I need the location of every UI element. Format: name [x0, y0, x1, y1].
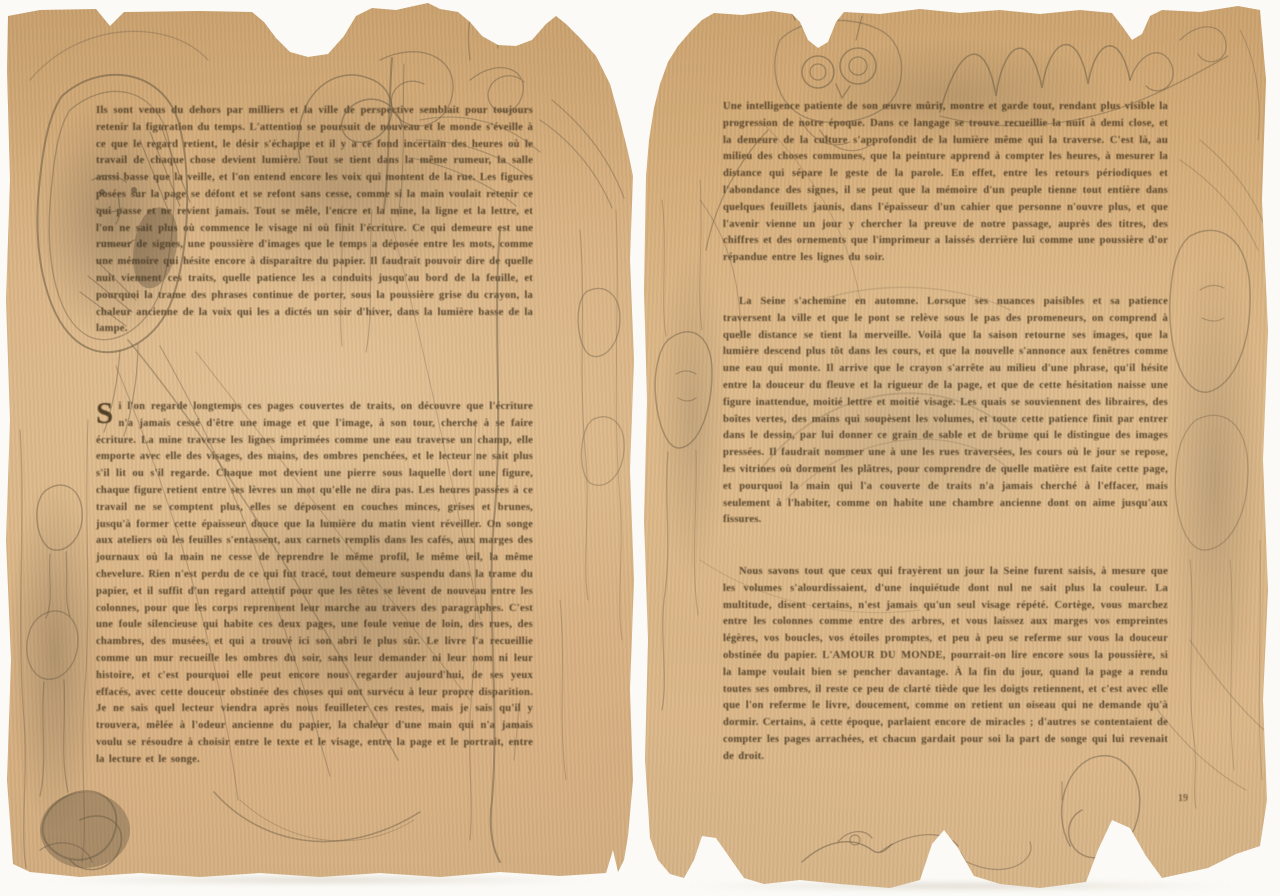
portrait-head-sketch [30, 31, 208, 436]
long-stroke-sketch [116, 218, 500, 862]
owl-face-doodle [706, 0, 902, 250]
margin-figures-sketch [20, 420, 130, 870]
margin-faces-sketch [1170, 140, 1266, 808]
loop-doodle [1062, 640, 1264, 858]
photo-edge-speck [166, 0, 171, 5]
artwork-photo: Ils sont venus du dehors par milliers et… [0, 0, 1280, 896]
left-page-shadow [40, 876, 600, 884]
margin-faces-sketch [560, 210, 624, 780]
bottom-arc-sketch [214, 700, 520, 842]
cursive-scribble-doodle [940, 27, 1259, 140]
hidden-face-arcs-sketch [700, 287, 1020, 612]
photo-corner-speck [2, 2, 26, 8]
reclining-figure-doodle [802, 832, 1031, 880]
margin-face-sketch [655, 120, 860, 710]
scribble-cluster-sketch [298, 6, 624, 352]
